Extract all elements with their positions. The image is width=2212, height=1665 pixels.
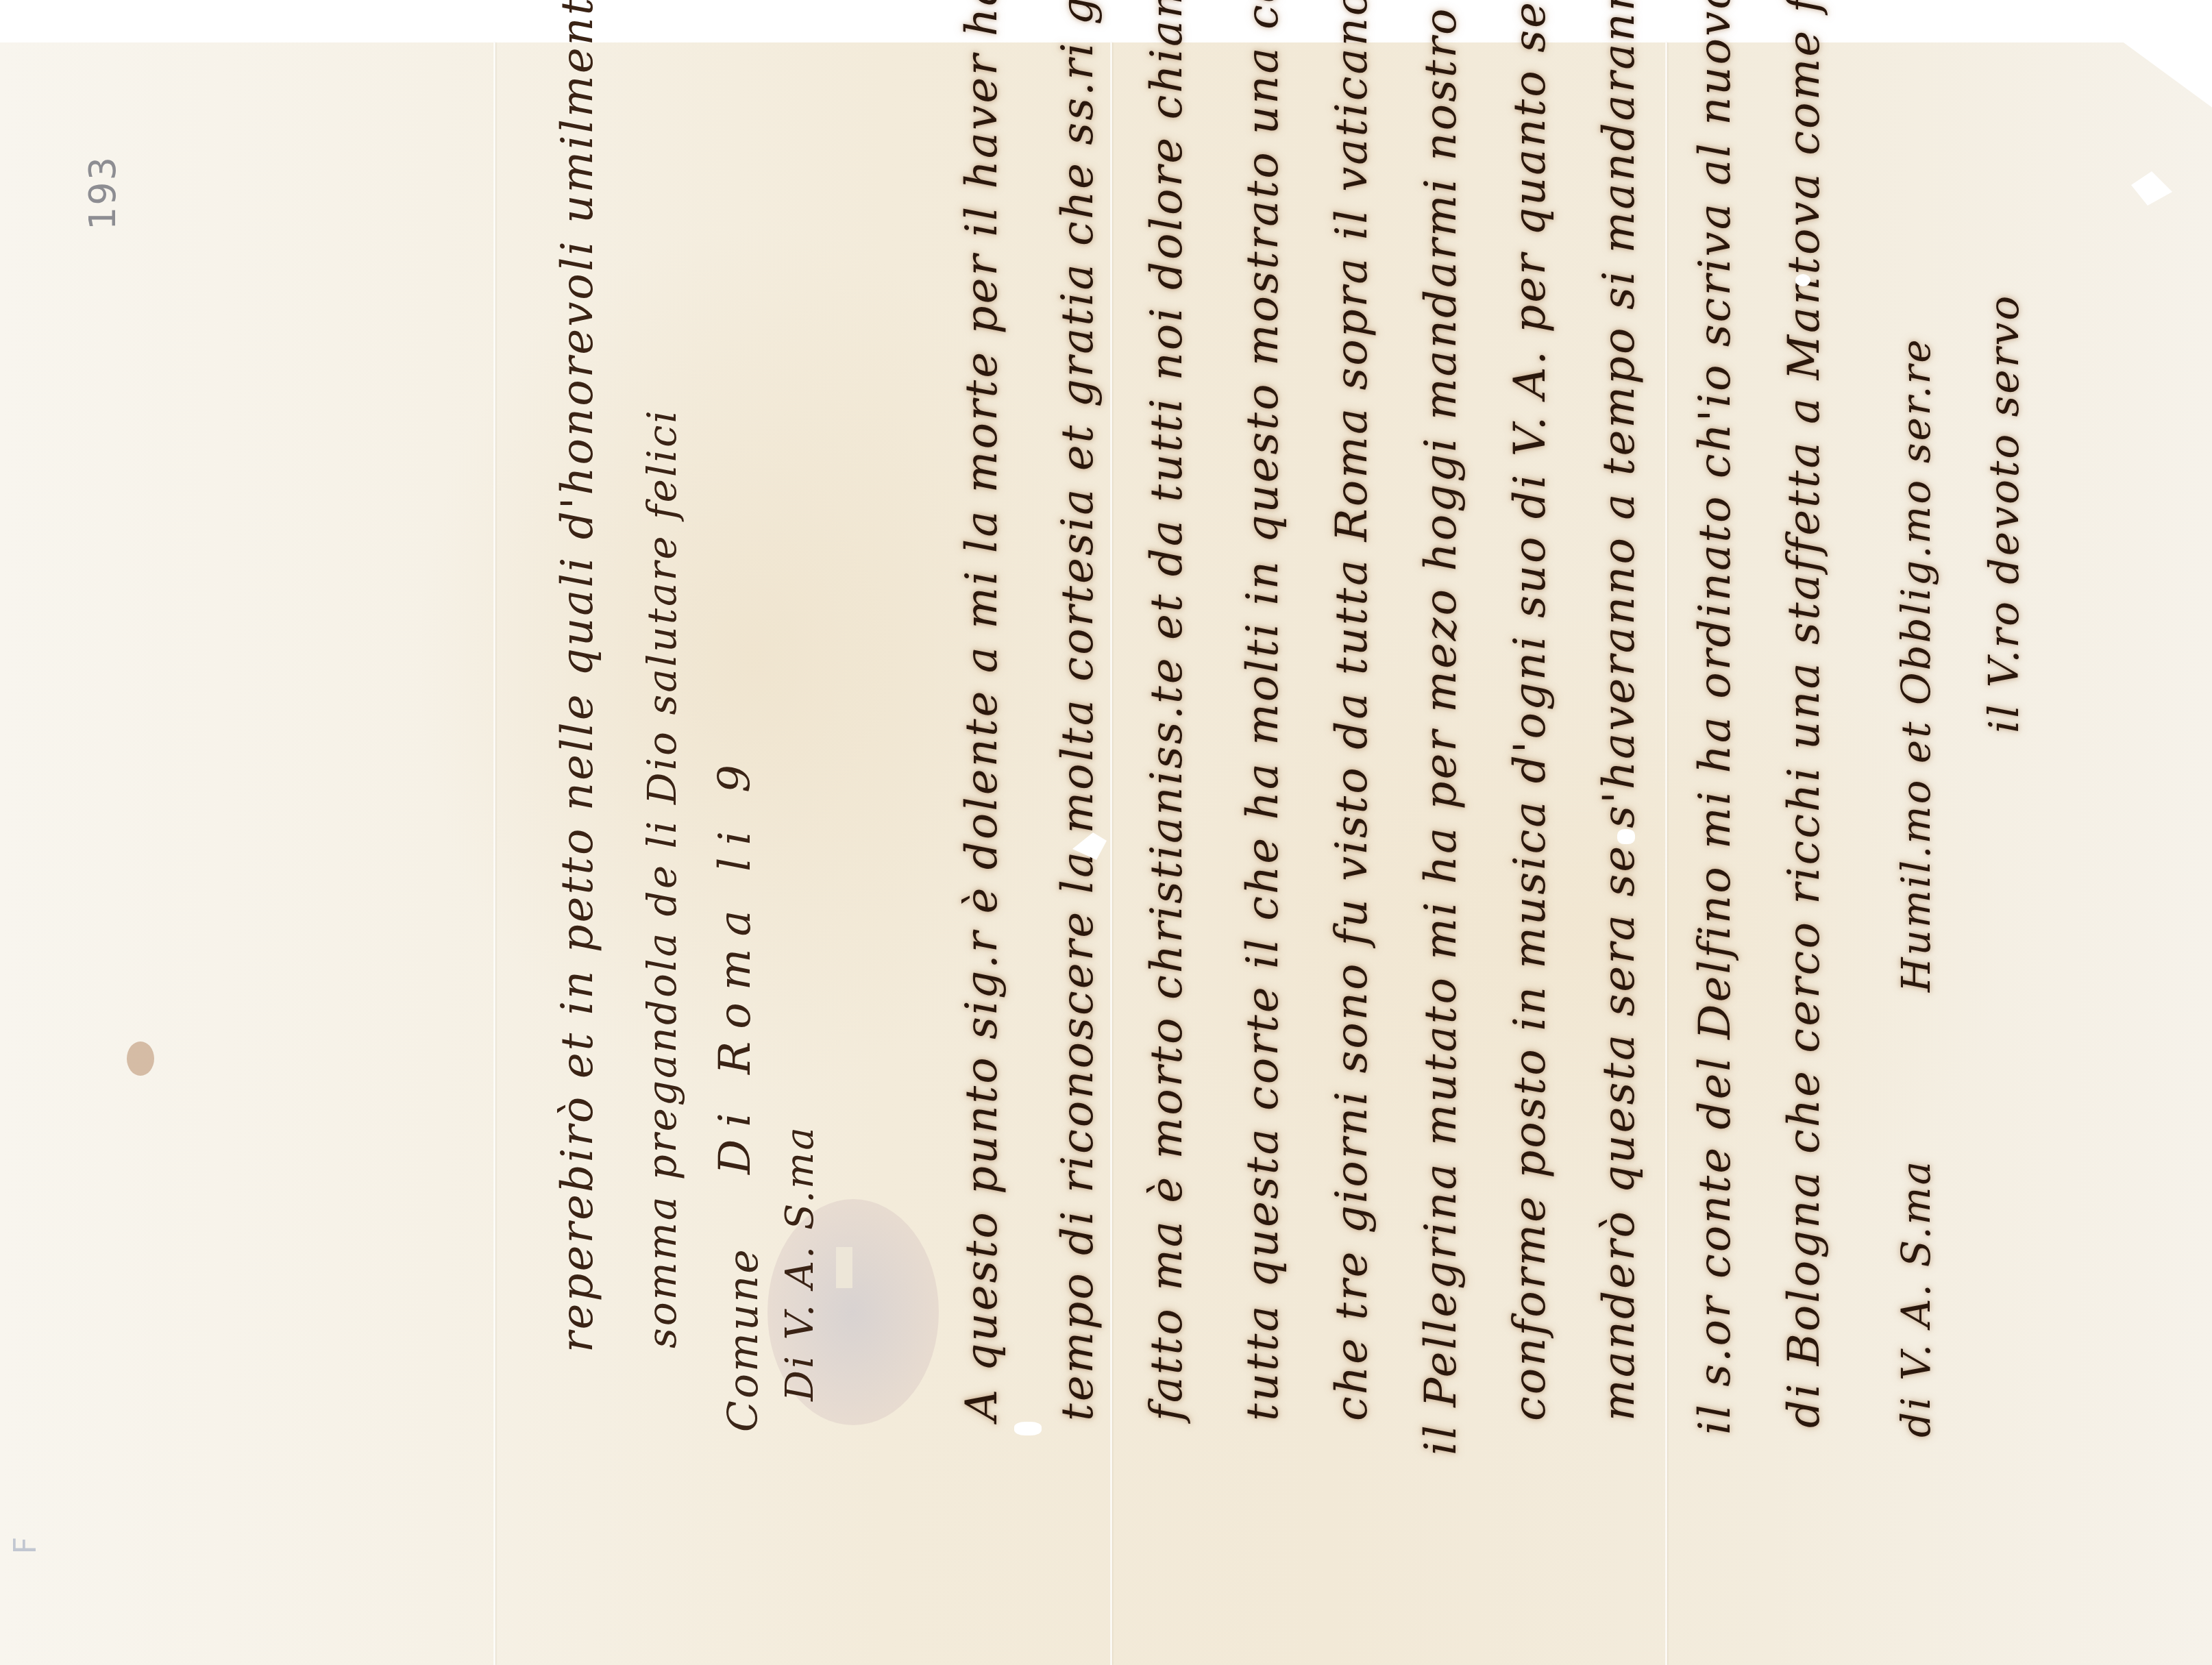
- fold-line: [1665, 42, 1667, 1665]
- closing-line: Humil.mo et Obblig.mo ser.re: [1893, 337, 1939, 992]
- address-line: Di Roma li 9: [710, 752, 761, 1174]
- stain: [127, 1041, 154, 1076]
- body-line: fatto ma è morto christianiss.te et da t…: [1142, 0, 1192, 1421]
- body-line: che tre giorni sono fu visto da tutta Ro…: [1327, 0, 1377, 1421]
- paper-hole: [1014, 1422, 1042, 1435]
- body-line: conforme posto in musica d'ogni suo di V…: [1505, 0, 1556, 1421]
- archive-mark: F: [8, 1537, 43, 1554]
- body-line: tutta questa corte il che ha molti in qu…: [1238, 0, 1288, 1421]
- fold-line: [1110, 42, 1112, 1665]
- paper-hole: [836, 1247, 852, 1288]
- address-line: reperebirò et in petto nelle quali d'hon…: [552, 0, 603, 1353]
- fold-line: [493, 42, 495, 1665]
- body-line: A questo punto sig.r è dolente a mi la m…: [957, 0, 1007, 1421]
- body-line: tempo di riconoscere la molta cortesia e…: [1053, 0, 1103, 1421]
- body-line: di V. A. S.ma: [1893, 1159, 1939, 1438]
- body-line: il s.or conte del Delfino mi ha ordinato…: [1690, 0, 1741, 1435]
- body-line: di Bologna che cerco ricchi una staffett…: [1779, 0, 1830, 1428]
- address-line: somma pregandola de li Dio salutare feli…: [639, 408, 685, 1348]
- paper-hole: [1617, 829, 1635, 844]
- manuscript-sheet: [0, 42, 2212, 1665]
- closing-line: il V.ro devoto servo: [1980, 294, 2028, 733]
- folio-number: 193: [81, 156, 124, 230]
- body-line: manderò questa sera se s'haveranno a tem…: [1594, 0, 1645, 1421]
- paper-hole: [1795, 274, 1810, 286]
- seal-text: Comune: [720, 1247, 767, 1432]
- body-line: il Pellegrina mutato mi ha per mezo hogg…: [1416, 0, 1466, 1455]
- address-line: Di V. A. S.ma: [778, 1125, 822, 1401]
